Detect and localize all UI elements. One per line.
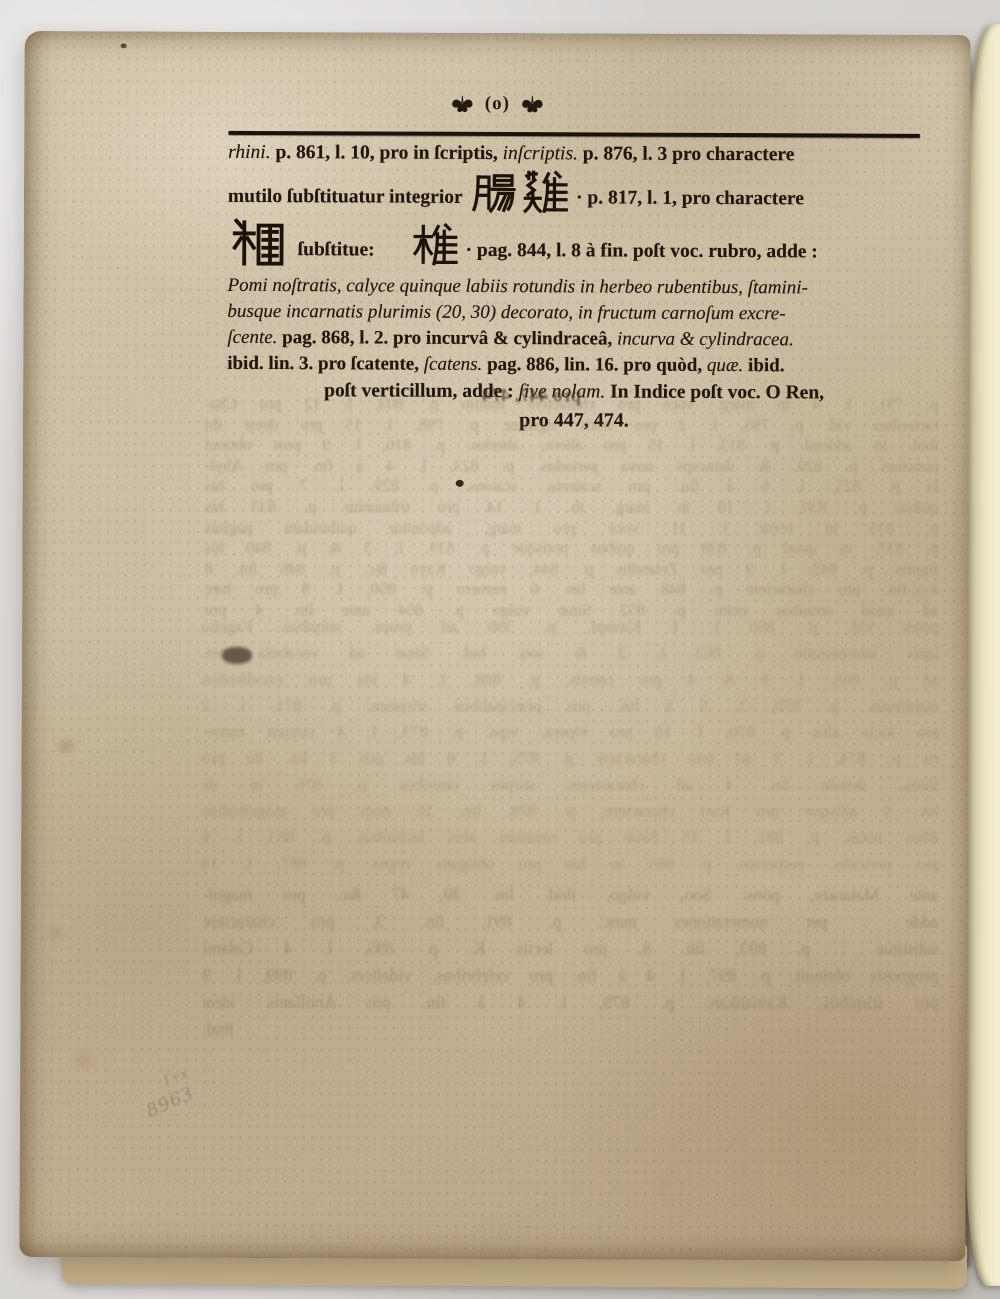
foxing-spot-1 [58, 740, 75, 753]
text-segment: inſcriptis. [503, 143, 578, 164]
errata-line: ſubſtitue: · pag. 844, l. 8 à fin. poſt … [228, 216, 922, 276]
bleedthrough-line: la p. 825, l. 6 à fin. pro scatente, sca… [205, 476, 939, 497]
hanzi-glyph-icon [231, 216, 285, 270]
errata-line: mutilo ſubſtituatur integrior · p. 817, … [228, 168, 922, 219]
photo-background: (o) rhini. p. 861, l. 10, pro in ſcripti… [0, 0, 1000, 1299]
bleedthrough-block-a: p. 791, l. 4 in marg. voce pro character… [205, 394, 939, 621]
errata-line: ibid. lin. 3. pro ſcatente, ſcatens. pag… [227, 351, 921, 380]
text-segment: p. 861, l. 10, pro in ſcriptis, [271, 142, 503, 164]
book-page: (o) rhini. p. 861, l. 10, pro in ſcripti… [19, 31, 970, 1261]
bleedthrough-line: lapis interpretatio p. 863 l. 2 & seq. I… [202, 640, 940, 667]
text-segment: ſcatens. [424, 354, 483, 375]
text-segment: ſubſtitue: [298, 239, 375, 260]
bleedthrough-block-c: ante Mataraze, pons: Soo, vulgo, ibid. l… [203, 881, 939, 1044]
text-segment: p. 876, l. 3 pro charactere [578, 143, 795, 165]
aldine-leaf-right-icon [520, 94, 544, 114]
hanzi-glyph-icon [412, 222, 458, 268]
hanzi-glyph-icon [470, 169, 516, 215]
text-segment: · pag. 844, l. 8 à fin. poſt voc. rubro,… [461, 240, 818, 263]
text-segment: mutilo ſubſtituatur integrior [228, 186, 467, 208]
bleedthrough-line: pro locis aliis p. 870, l. 16 pro vipera… [202, 719, 940, 746]
foxing-spot-2 [49, 928, 63, 939]
pencil-inscription: 1+x 8963 [136, 1065, 200, 1123]
text-segment: quæ. [707, 355, 744, 376]
foxing-spot-3 [74, 1053, 94, 1067]
hanzi-glyph-icon [522, 169, 568, 215]
bleedthrough-block-b: putes vid. p. 860 l. 1 Kæmpf. p. 390 ad … [201, 614, 939, 878]
bleedthrough-line: ad p. 865, l. 9 & 4 pro ceteris, p. 868,… [202, 667, 940, 694]
ink-speck-stain [121, 43, 127, 48]
errata-line: ſcente. pag. 868, l. 2. pro incurvâ & cy… [227, 325, 921, 354]
bleedthrough-line: p. 837, in quod p. 838 pro quibus notisq… [205, 538, 939, 559]
text-segment: pag. 868, l. 2. pro incurvâ & cylindrace… [277, 327, 617, 349]
errata-line: rhini. p. 861, l. 10, pro in ſcriptis, i… [228, 138, 922, 171]
bleedthrough-line: adde : per numerationes nunc. p. 891, li… [203, 908, 939, 936]
bleedthrough-line: ibid. in addend. p. 813, l. 15 pro alter… [205, 435, 939, 456]
bleedthrough-line: ris p. 874, l. 3 ad toto charactere p. 8… [202, 745, 940, 772]
bleedthrough-line: manifestis. p. 870, l. 5 à fin. pro præc… [202, 693, 940, 720]
text-segment: Pomi noſtratis, calyce quinque labiis ro… [228, 275, 808, 299]
text-segment: busque incarnatis plurimis (20, 30) deco… [227, 301, 785, 324]
bleedthrough-line: racteribus vid. p. 795, l. 2 pro notis s… [205, 415, 939, 436]
bleedthrough-line: floris, deinde lin. 4 ad characteres sti… [202, 772, 940, 799]
text-segment: · p. 817, l. 1, pro charactere [571, 187, 804, 209]
errata-line: busque incarnatis plurimis (20, 30) deco… [227, 299, 921, 328]
bleedthrough-line: punctum p. 820, & deinceps nova periodus… [205, 456, 939, 477]
text-segment: incurva & cylindracea. [617, 329, 794, 351]
text-segment: ibid. lin. 3. pro ſcatente, [227, 353, 424, 375]
bleedthrough-line: p. 791, l. 4 in marg. voce pro character… [205, 394, 939, 415]
text-segment: pag. 886, lin. 16. pro quòd, [482, 354, 707, 376]
bleedthrough-line: pro stirpibus, Kamalikan. p. 879, l. 4 à… [203, 989, 939, 1017]
header-folio-text: (o) [485, 93, 510, 115]
next-page-edge [966, 24, 1000, 1286]
text-segment: ibid. [743, 355, 784, 376]
bleedthrough-line: ibid. [203, 1016, 939, 1044]
text-segment: ſcente. [227, 327, 277, 348]
bleedthrough-line: à fin. pro charactere p. 848 ante lin. 6… [205, 579, 939, 600]
bleedthrough-line: putes vid. p. 860 l. 1 Kæmpf. p. 390 ad … [202, 614, 940, 641]
text-segment: rhini. [228, 142, 271, 163]
bleedthrough-line: illius notas. p. 881, l. 15 Sinæ pro omn… [201, 824, 939, 851]
bleedthrough-line: substitue : p. 893, lin. 8, pro lectis K… [203, 935, 939, 963]
bleedthrough-line: lin. 5 aliisque pro Kari charactere, p. … [201, 798, 939, 825]
bleedthrough-line: ante Mataraze, pons: Soo, vulgo, ibid. l… [203, 881, 939, 909]
aldine-leaf-left-icon [451, 94, 475, 114]
errata-line: Pomi noſtratis, calyce quinque labiis ro… [228, 273, 922, 302]
foxing-spot-4 [656, 1178, 674, 1190]
bleedthrough-line: pro periculis, perperam. p. 885 in his p… [201, 851, 939, 878]
bleedthrough-layer: p. 791, l. 4 in marg. voce pro character… [25, 31, 971, 35]
bleedthrough-line: quibus p. 830, l. 10 in marg. ib. l. 14 … [205, 497, 939, 518]
header-rule [228, 131, 920, 138]
bleedthrough-line: figuris p. 842, l. 9 pro Zelandiis p. 84… [205, 559, 939, 580]
bleedthrough-line: prognosis obtinuit. p. 897, l. 4 à fin. … [203, 962, 939, 990]
foxing-spot-5 [355, 1238, 379, 1251]
bleedthrough-line: p. 835 in textu l. 11 voce pro marg. adp… [205, 518, 939, 539]
page-header: (o) [24, 91, 970, 117]
